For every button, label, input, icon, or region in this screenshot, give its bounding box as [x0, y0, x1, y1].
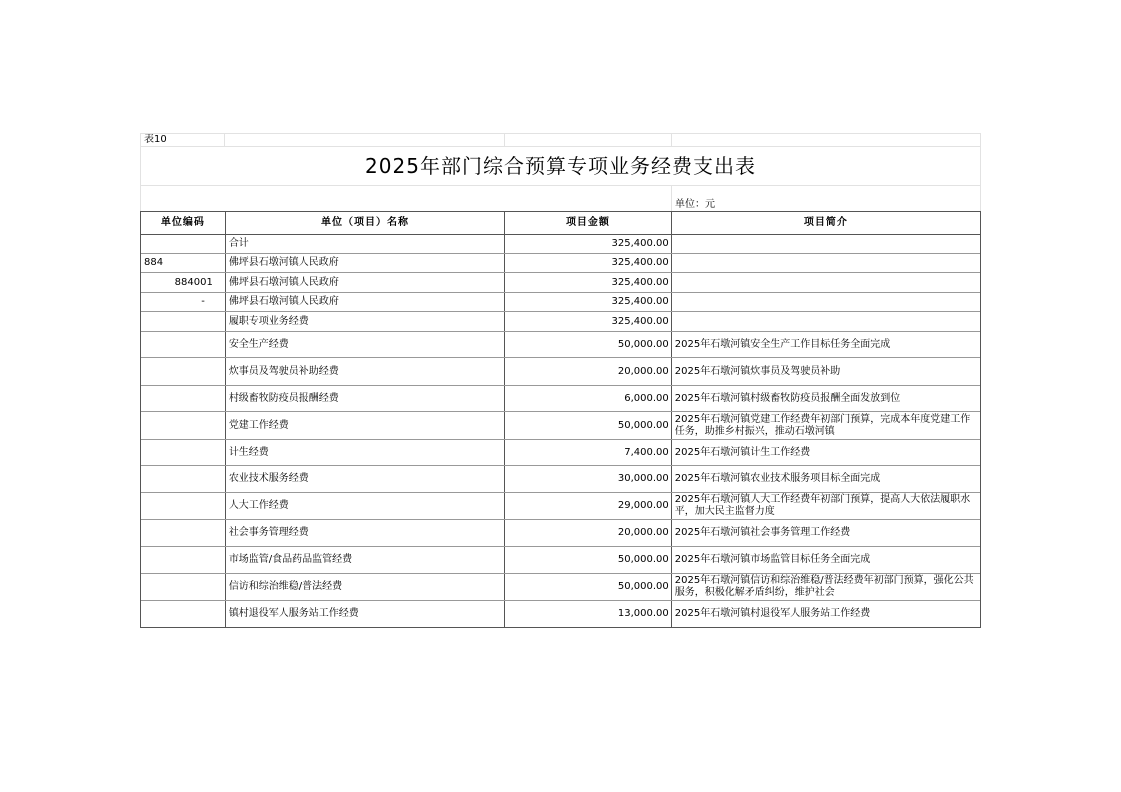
- table-row: 镇村退役军人服务站工作经费 13,000.00 2025年石墩河镇村退役军人服务…: [141, 601, 980, 628]
- amount-cell[interactable]: 7,400.00: [505, 440, 672, 465]
- unit-name-cell[interactable]: 佛坪县石墩河镇人民政府: [226, 273, 505, 292]
- amount-cell[interactable]: 50,000.00: [505, 574, 672, 600]
- header-unit-name[interactable]: 单位（项目）名称: [226, 212, 505, 234]
- amount-cell[interactable]: 29,000.00: [505, 493, 672, 519]
- unit-name-cell[interactable]: 党建工作经费: [226, 412, 505, 439]
- budget-table: 单位编码 单位（项目）名称 项目金额 项目简介 合计 325,400.00 88…: [140, 211, 981, 628]
- unit-code-cell[interactable]: [141, 358, 226, 385]
- description-cell[interactable]: [672, 235, 980, 253]
- amount-cell[interactable]: 30,000.00: [505, 466, 672, 492]
- unit-name-cell[interactable]: 村级畜牧防疫员报酬经费: [226, 386, 505, 411]
- description-cell[interactable]: 2025年石墩河镇计生工作经费: [672, 440, 980, 465]
- header-unit-code[interactable]: 单位编码: [141, 212, 226, 234]
- unit-name-cell[interactable]: 履职专项业务经费: [226, 312, 505, 331]
- description-cell[interactable]: 2025年石墩河镇农业技术服务项目标全面完成: [672, 466, 980, 492]
- description-cell[interactable]: 2025年石墩河镇村退役军人服务站工作经费: [672, 601, 980, 627]
- unit-code-cell[interactable]: [141, 332, 226, 357]
- unit-code-cell[interactable]: -: [141, 293, 226, 311]
- table-row: 炊事员及驾驶员补助经费 20,000.00 2025年石墩河镇炊事员及驾驶员补助: [141, 358, 980, 386]
- table-row: 党建工作经费 50,000.00 2025年石墩河镇党建工作经费年初部门预算，完…: [141, 412, 980, 440]
- table-row: 信访和综治维稳/普法经费 50,000.00 2025年石墩河镇信访和综治维稳/…: [141, 574, 980, 601]
- table-row: 农业技术服务经费 30,000.00 2025年石墩河镇农业技术服务项目标全面完…: [141, 466, 980, 493]
- table-row: 履职专项业务经费 325,400.00: [141, 312, 980, 332]
- table-row: 884001 佛坪县石墩河镇人民政府 325,400.00: [141, 273, 980, 293]
- table-row-total: 合计 325,400.00: [141, 235, 980, 254]
- description-cell[interactable]: [672, 293, 980, 311]
- header-description[interactable]: 项目简介: [672, 212, 980, 234]
- unit-name-cell[interactable]: 佛坪县石墩河镇人民政府: [226, 254, 505, 272]
- description-cell[interactable]: 2025年石墩河镇党建工作经费年初部门预算，完成本年度党建工作任务，助推乡村振兴…: [672, 412, 980, 439]
- amount-cell[interactable]: 325,400.00: [505, 293, 672, 311]
- unit-code-cell[interactable]: [141, 547, 226, 573]
- table-row: 安全生产经费 50,000.00 2025年石墩河镇安全生产工作目标任务全面完成: [141, 332, 980, 358]
- table-row: 村级畜牧防疫员报酬经费 6,000.00 2025年石墩河镇村级畜牧防疫员报酬全…: [141, 386, 980, 412]
- amount-cell[interactable]: 50,000.00: [505, 412, 672, 439]
- unit-name-cell[interactable]: 佛坪县石墩河镇人民政府: [226, 293, 505, 311]
- amount-cell[interactable]: 20,000.00: [505, 358, 672, 385]
- table-row: 884 佛坪县石墩河镇人民政府 325,400.00: [141, 254, 980, 273]
- amount-cell[interactable]: 6,000.00: [505, 386, 672, 411]
- empty-cell[interactable]: [672, 134, 981, 147]
- amount-cell[interactable]: 50,000.00: [505, 547, 672, 573]
- unit-name-cell[interactable]: 炊事员及驾驶员补助经费: [226, 358, 505, 385]
- description-cell[interactable]: [672, 312, 980, 331]
- unit-code-cell[interactable]: 884001: [141, 273, 226, 292]
- empty-cell[interactable]: [505, 134, 672, 147]
- description-cell[interactable]: 2025年石墩河镇人大工作经费年初部门预算，提高人大依法履职水平，加大民主监督力…: [672, 493, 980, 519]
- empty-cell[interactable]: [140, 186, 672, 211]
- unit-code-cell[interactable]: [141, 235, 226, 253]
- unit-code-cell[interactable]: [141, 493, 226, 519]
- unit-name-cell[interactable]: 社会事务管理经费: [226, 520, 505, 546]
- description-cell[interactable]: [672, 273, 980, 292]
- unit-name-cell[interactable]: 信访和综治维稳/普法经费: [226, 574, 505, 600]
- description-cell[interactable]: 2025年石墩河镇安全生产工作目标任务全面完成: [672, 332, 980, 357]
- amount-cell[interactable]: 13,000.00: [505, 601, 672, 627]
- unit-code-cell[interactable]: [141, 440, 226, 465]
- unit-name-cell[interactable]: 市场监管/食品药品监管经费: [226, 547, 505, 573]
- unit-code-cell[interactable]: [141, 520, 226, 546]
- description-cell[interactable]: 2025年石墩河镇市场监管目标任务全面完成: [672, 547, 980, 573]
- unit-code-cell[interactable]: [141, 601, 226, 627]
- page-title[interactable]: 2025年部门综合预算专项业务经费支出表: [140, 147, 981, 186]
- table-row: - 佛坪县石墩河镇人民政府 325,400.00: [141, 293, 980, 312]
- unit-row: 单位：元: [140, 186, 981, 211]
- table-row: 人大工作经费 29,000.00 2025年石墩河镇人大工作经费年初部门预算，提…: [141, 493, 980, 520]
- unit-name-cell[interactable]: 人大工作经费: [226, 493, 505, 519]
- empty-cell[interactable]: [225, 134, 505, 147]
- table-row: 社会事务管理经费 20,000.00 2025年石墩河镇社会事务管理工作经费: [141, 520, 980, 547]
- description-cell[interactable]: 2025年石墩河镇炊事员及驾驶员补助: [672, 358, 980, 385]
- table-header-row: 单位编码 单位（项目）名称 项目金额 项目简介: [141, 211, 980, 235]
- amount-cell[interactable]: 325,400.00: [505, 254, 672, 272]
- unit-name-cell[interactable]: 合计: [226, 235, 505, 253]
- budget-sheet: 表10 2025年部门综合预算专项业务经费支出表 单位：元 单位编码 单位（项目…: [140, 133, 981, 628]
- unit-label[interactable]: 单位：元: [672, 186, 981, 211]
- unit-code-cell[interactable]: [141, 466, 226, 492]
- table-label-row: 表10: [140, 133, 981, 147]
- unit-code-cell[interactable]: [141, 412, 226, 439]
- unit-name-cell[interactable]: 镇村退役军人服务站工作经费: [226, 601, 505, 627]
- amount-cell[interactable]: 20,000.00: [505, 520, 672, 546]
- amount-cell[interactable]: 325,400.00: [505, 235, 672, 253]
- unit-name-cell[interactable]: 计生经费: [226, 440, 505, 465]
- description-cell[interactable]: 2025年石墩河镇信访和综治维稳/普法经费年初部门预算，强化公共服务，积极化解矛…: [672, 574, 980, 600]
- amount-cell[interactable]: 325,400.00: [505, 312, 672, 331]
- title-row: 2025年部门综合预算专项业务经费支出表: [140, 147, 981, 186]
- table-label[interactable]: 表10: [140, 134, 225, 147]
- amount-cell[interactable]: 325,400.00: [505, 273, 672, 292]
- table-row: 计生经费 7,400.00 2025年石墩河镇计生工作经费: [141, 440, 980, 466]
- description-cell[interactable]: [672, 254, 980, 272]
- unit-code-cell[interactable]: [141, 386, 226, 411]
- header-amount[interactable]: 项目金额: [505, 212, 672, 234]
- description-cell[interactable]: 2025年石墩河镇村级畜牧防疫员报酬全面发放到位: [672, 386, 980, 411]
- unit-name-cell[interactable]: 安全生产经费: [226, 332, 505, 357]
- unit-code-cell[interactable]: [141, 312, 226, 331]
- unit-code-cell[interactable]: 884: [141, 254, 226, 272]
- table-row: 市场监管/食品药品监管经费 50,000.00 2025年石墩河镇市场监管目标任…: [141, 547, 980, 574]
- amount-cell[interactable]: 50,000.00: [505, 332, 672, 357]
- unit-name-cell[interactable]: 农业技术服务经费: [226, 466, 505, 492]
- unit-code-cell[interactable]: [141, 574, 226, 600]
- description-cell[interactable]: 2025年石墩河镇社会事务管理工作经费: [672, 520, 980, 546]
